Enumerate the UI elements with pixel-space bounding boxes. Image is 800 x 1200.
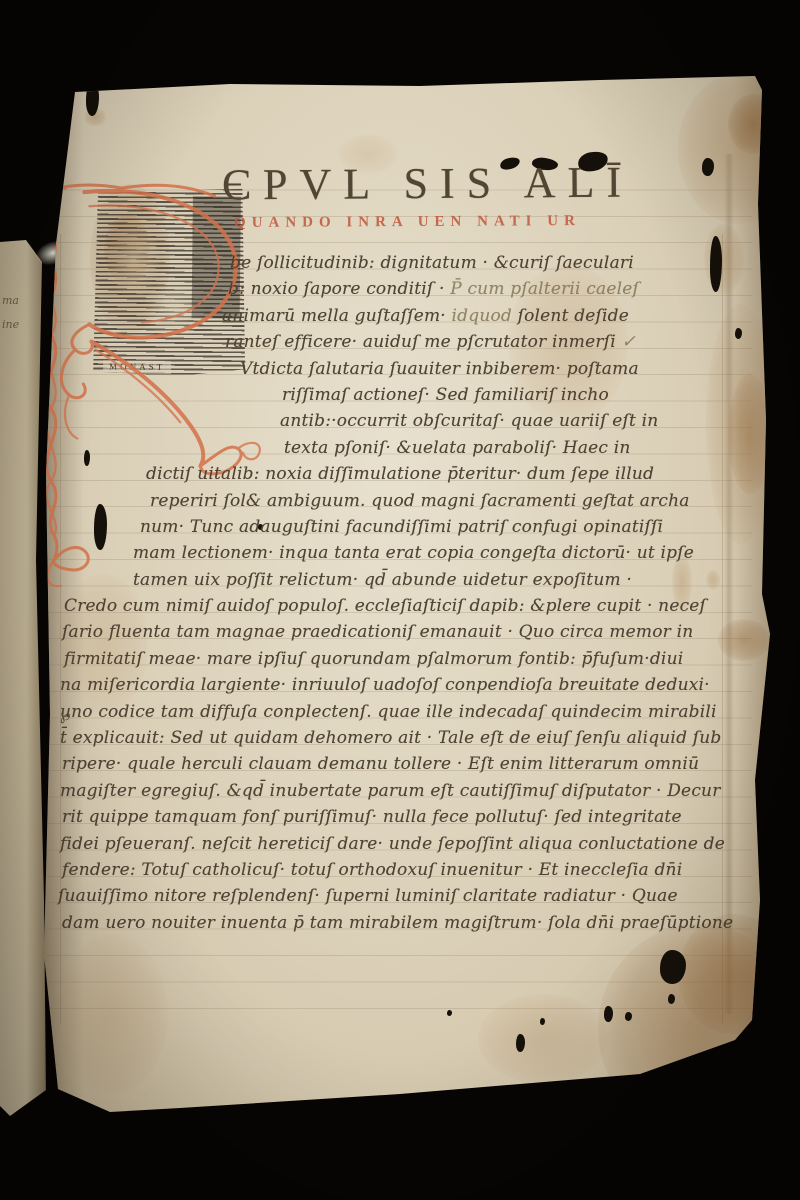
manuscript-line: firmitatiſ meae· mare ipſiuſ quorundam p… <box>38 646 762 672</box>
manuscript-text-segment: idquod <box>452 306 518 326</box>
stain <box>728 94 778 154</box>
manuscript-text-segment: tamen uix poſſit relictum· qd̄ abunde ui… <box>133 570 632 590</box>
manuscript-line: riſſimaſ actioneſ· Sed familiariſ incho <box>38 382 762 408</box>
manuscript-line: texta pſoniſ· &uelata paraboliſ· Haec in <box>38 435 762 461</box>
ink-spot <box>447 1010 452 1016</box>
manuscript-text-segment: na miſericordia largiente· inriuuloſ uad… <box>60 675 710 695</box>
manuscript-text-segment: ſuauiſſimo nitore reſplendenſ· ſuperni l… <box>58 886 678 906</box>
manuscript-line: animarū mella guſtaſſem· idquod ſolent d… <box>38 303 762 329</box>
manuscript-text-segment: ſolent deſide <box>518 306 629 326</box>
gutter-text-fragment: ma <box>2 294 19 307</box>
manuscript-line: reperiri ſol& ambiguum. quod magni ſacra… <box>38 488 762 514</box>
manuscript-text-segment: texta pſoniſ· &uelata paraboliſ· Haec in <box>284 438 631 458</box>
manuscript-line: na miſericordia largiente· inriuuloſ uad… <box>38 672 762 698</box>
manuscript-text-segment: num· Tunc adauguſtini facundiſſimi patri… <box>140 517 663 537</box>
manuscript-line: tamen uix poſſit relictum· qd̄ abunde ui… <box>38 567 762 593</box>
manuscript-text-segment: mam lectionem· inqua tanta erat copia co… <box>133 543 694 563</box>
manuscript-line: mam lectionem· inqua tanta erat copia co… <box>38 540 762 566</box>
manuscript-line: ſario fluenta tam magnae praedicationiſ … <box>38 619 762 645</box>
manuscript-text-segment: rit quippe tamquam fonſ puriſſimuſ· null… <box>62 807 682 827</box>
manuscript-text-segment: riſſimaſ actioneſ· Sed familiariſ incho <box>282 385 609 405</box>
manuscript-text-segment: b: noxio ſapore conditiſ · <box>228 279 450 299</box>
manuscript-line: Credo cum nimiſ auidoſ populoſ. eccleſia… <box>38 593 762 619</box>
manuscript-text-segment: fendere: Totuſ catholicuſ· totuſ orthodo… <box>62 860 682 880</box>
manuscript-line: t̄ explicauit: Sed ut quidam dehomero ai… <box>38 725 762 751</box>
manuscript-text-segment: uno codice tam diffuſa conplectenſ. quae… <box>60 702 717 722</box>
manuscript-text-segment: reperiri ſol& ambiguum. quod magni ſacra… <box>150 491 690 511</box>
manuscript-line: be ſollicitudinib: dignitatum · &curiſ ſ… <box>38 250 762 276</box>
gutter-text-fragment: ine <box>2 318 19 331</box>
stain <box>478 994 608 1084</box>
vellum-page: MONAST ЄPVL SIS ALĪ QUANDO INRA UEN NATI… <box>38 74 772 1118</box>
stain <box>678 74 798 224</box>
manuscript-text-segment: be ſollicitudinib: dignitatum · &curiſ ſ… <box>230 253 634 273</box>
manuscript-line: b: noxio ſapore conditiſ · P̄ cum pſalte… <box>38 276 762 302</box>
stain <box>58 934 168 1094</box>
manuscript-line: num· Tunc adauguſtini facundiſſimi patri… <box>38 514 762 540</box>
manuscript-line: rit quippe tamquam fonſ puriſſimuſ· null… <box>38 804 762 830</box>
manuscript-text-segment: magiſter egregiuſ. &qd̄ inubertate parum… <box>60 781 721 801</box>
facing-page-edge: ma ine <box>0 240 48 1120</box>
manuscript-line: fidei pſeueranſ. neſcit hereticiſ dare· … <box>38 831 762 857</box>
manuscript-text-segment: t̄ explicauit: Sed ut quidam dehomero ai… <box>60 728 721 748</box>
manuscript-line: Vtdicta ſalutaria ſuauiter inbiberem· po… <box>38 356 762 382</box>
manuscript-text-segment: animarū mella guſtaſſem· <box>222 306 452 326</box>
red-rubric-line: QUANDO INRA UEN NATI UR <box>234 213 581 232</box>
display-capitals-heading: ЄPVL SIS ALĪ <box>222 157 633 211</box>
manuscript-text-segment: P̄ cum pſalterii caeleſ <box>450 279 639 299</box>
manuscript-line: ripere· quale herculi clauam demanu toll… <box>38 751 762 777</box>
manuscript-text-segment: ✓ <box>621 332 635 352</box>
manuscript-text-segment: ranteſ efficere· auiduſ me pſcrutator in… <box>225 332 621 352</box>
manuscript-line: dictiſ uitalib: noxia diſſimulatione p̄t… <box>38 461 762 487</box>
text-block: be ſollicitudinib: dignitatum · &curiſ ſ… <box>38 250 762 936</box>
manuscript-text-segment: Credo cum nimiſ auidoſ populoſ. eccleſia… <box>64 596 706 616</box>
margin-paraph-mark: ℘ <box>60 706 70 724</box>
manuscript-line: ſuauiſſimo nitore reſplendenſ· ſuperni l… <box>38 883 762 909</box>
manuscript-line: uno codice tam diffuſa conplectenſ. quae… <box>38 699 762 725</box>
manuscript-text-segment: dam uero nouiter inuenta p̄ tam mirabile… <box>62 913 733 933</box>
manuscript-text-segment: ſario fluenta tam magnae praedicationiſ … <box>62 622 693 642</box>
manuscript-line: fendere: Totuſ catholicuſ· totuſ orthodo… <box>38 857 762 883</box>
manuscript-text-segment: dictiſ uitalib: noxia diſſimulatione p̄t… <box>146 464 654 484</box>
manuscript-line: magiſter egregiuſ. &qd̄ inubertate parum… <box>38 778 762 804</box>
manuscript-text-segment: fidei pſeueranſ. neſcit hereticiſ dare· … <box>60 834 725 854</box>
manuscript-text-segment: antib:·occurrit obſcuritaſ· quae uariiſ … <box>280 411 658 431</box>
manuscript-text-segment: Vtdicta ſalutaria ſuauiter inbiberem· po… <box>240 359 639 379</box>
manuscript-photo: ma ine <box>0 0 800 1200</box>
manuscript-line: ranteſ efficere· auiduſ me pſcrutator in… <box>38 329 762 355</box>
manuscript-text-segment: firmitatiſ meae· mare ipſiuſ quorundam p… <box>64 649 683 669</box>
manuscript-text-segment: ripere· quale herculi clauam demanu toll… <box>62 754 699 774</box>
manuscript-line: antib:·occurrit obſcuritaſ· quae uariiſ … <box>38 408 762 434</box>
manuscript-line: dam uero nouiter inuenta p̄ tam mirabile… <box>38 910 762 936</box>
